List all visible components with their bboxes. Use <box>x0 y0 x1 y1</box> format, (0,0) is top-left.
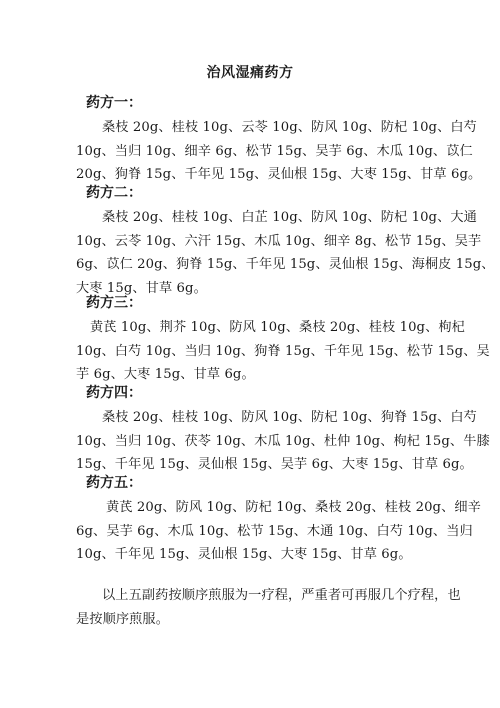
document-page: 治风湿痛药方 药方一： 桑枝 20g、桂枝 10g、云苓 10g、防风 10g、… <box>0 0 500 708</box>
text-line: 10g、当归 10g、细辛 6g、松节 15g、吴芋 6g、木瓜 10g、苡仁 <box>76 140 426 164</box>
closing-note: 以上五副药按顺序煎服为一疗程，严重者可再服几个疗程，也 是按顺序煎服。 <box>76 584 426 631</box>
prescription-4: 桑枝 20g、桂枝 10g、防风 10g、防杞 10g、狗脊 15g、白芍 10… <box>76 406 426 477</box>
text-line: 黄芪 20g、防风 10g、防杞 10g、桑枝 20g、桂枝 20g、细辛 <box>76 496 426 520</box>
section-heading-5: 药方五： <box>86 472 142 492</box>
document-title: 治风湿痛药方 <box>0 62 500 82</box>
text-line: 10g、云苓 10g、六汗 15g、木瓜 10g、细辛 8g、松节 15g、吴芋 <box>76 230 426 254</box>
text-line: 黄芪 10g、荆芥 10g、防风 10g、桑枝 20g、桂枝 10g、枸杞 <box>76 316 426 340</box>
section-heading-2: 药方二： <box>86 182 142 202</box>
section-heading-4: 药方四： <box>86 382 142 402</box>
prescription-1: 桑枝 20g、桂枝 10g、云苓 10g、防风 10g、防杞 10g、白芍 10… <box>76 116 426 187</box>
text-line: 10g、白芍 10g、当归 10g、狗脊 15g、千年见 15g、松节 15g、… <box>76 340 426 364</box>
prescription-3: 黄芪 10g、荆芥 10g、防风 10g、桑枝 20g、桂枝 10g、枸杞 10… <box>76 316 426 387</box>
text-line: 以上五副药按顺序煎服为一疗程，严重者可再服几个疗程，也 <box>76 584 426 608</box>
text-line: 10g、千年见 15g、灵仙根 15g、大枣 15g、甘草 6g。 <box>76 543 426 567</box>
text-line: 6g、吴芋 6g、木瓜 10g、松节 15g、木通 10g、白芍 10g、当归 <box>76 520 426 544</box>
text-line: 是按顺序煎服。 <box>76 608 426 632</box>
text-line: 桑枝 20g、桂枝 10g、白芷 10g、防风 10g、防杞 10g、大通 <box>76 206 426 230</box>
prescription-5: 黄芪 20g、防风 10g、防杞 10g、桑枝 20g、桂枝 20g、细辛 6g… <box>76 496 426 567</box>
prescription-2: 桑枝 20g、桂枝 10g、白芷 10g、防风 10g、防杞 10g、大通 10… <box>76 206 426 300</box>
text-line: 桑枝 20g、桂枝 10g、云苓 10g、防风 10g、防杞 10g、白芍 <box>76 116 426 140</box>
text-line: 桑枝 20g、桂枝 10g、防风 10g、防杞 10g、狗脊 15g、白芍 <box>76 406 426 430</box>
section-heading-1: 药方一： <box>86 92 142 112</box>
text-line: 10g、当归 10g、茯苓 10g、木瓜 10g、杜仲 10g、枸杞 15g、牛… <box>76 430 426 454</box>
text-line: 6g、苡仁 20g、狗脊 15g、千年见 15g、灵仙根 15g、海桐皮 15g… <box>76 253 426 277</box>
section-heading-3: 药方三： <box>86 292 142 312</box>
